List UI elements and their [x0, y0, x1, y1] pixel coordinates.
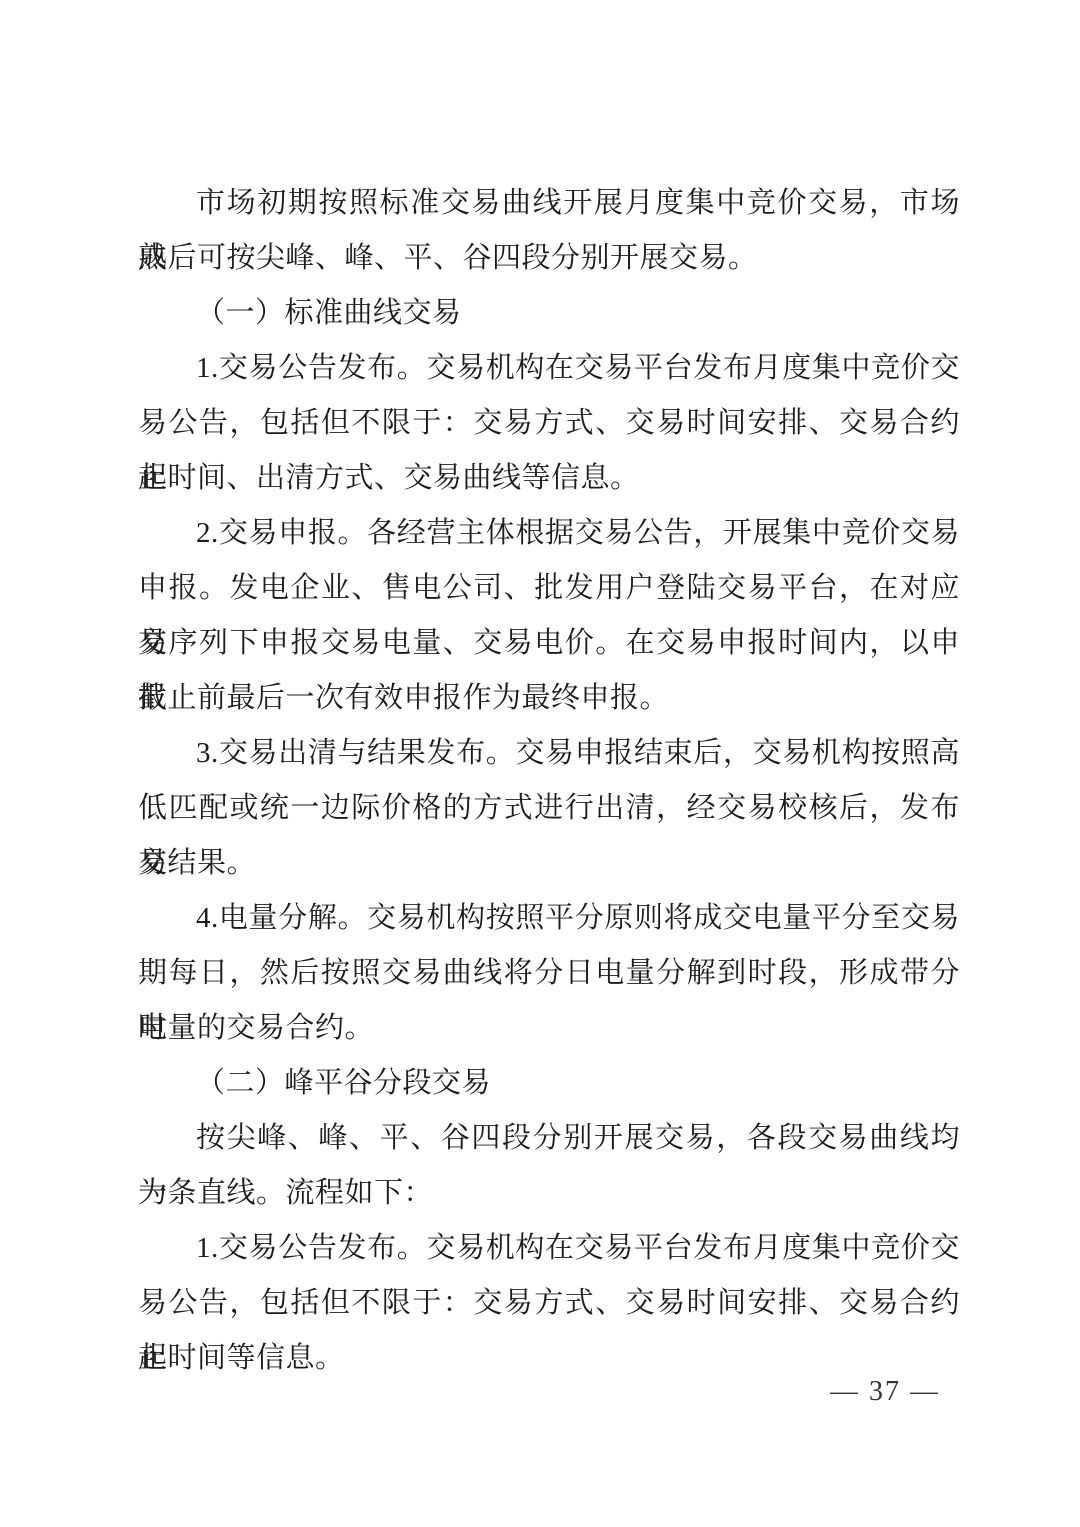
text-line: 2.交易申报。各经营主体根据交易公告，开展集中竞价交易: [138, 506, 960, 561]
text-line: 一条直线。流程如下：: [138, 1166, 960, 1221]
text-line: 市场初期按照标准交易曲线开展月度集中竞价交易，市场成: [138, 176, 960, 231]
document-body: 市场初期按照标准交易曲线开展月度集中竞价交易，市场成熟后可按尖峰、峰、平、谷四段…: [138, 176, 960, 1386]
text-line: 1.交易公告发布。交易机构在交易平台发布月度集中竞价交: [138, 1221, 960, 1276]
text-line: 期每日，然后按照交易曲线将分日电量分解到时段，形成带分时: [138, 946, 960, 1001]
text-line: 3.交易出清与结果发布。交易申报结束后，交易机构按照高: [138, 726, 960, 781]
text-line: 止时间、出清方式、交易曲线等信息。: [138, 451, 960, 506]
document-page: 市场初期按照标准交易曲线开展月度集中竞价交易，市场成熟后可按尖峰、峰、平、谷四段…: [0, 0, 1080, 1527]
text-line: 低匹配或统一边际价格的方式进行出清，经交易校核后，发布交: [138, 781, 960, 836]
text-line: （一）标准曲线交易: [138, 286, 960, 341]
page-number: — 37 —: [830, 1372, 940, 1412]
text-line: 4.电量分解。交易机构按照平分原则将成交电量平分至交易: [138, 891, 960, 946]
text-line: （二）峰平谷分段交易: [138, 1056, 960, 1111]
text-line: 电量的交易合约。: [138, 1001, 960, 1056]
text-line: 易序列下申报交易电量、交易电价。在交易申报时间内，以申报: [138, 616, 960, 671]
text-line: 按尖峰、峰、平、谷四段分别开展交易，各段交易曲线均为: [138, 1111, 960, 1166]
text-line: 易结果。: [138, 836, 960, 891]
text-line: 熟后可按尖峰、峰、平、谷四段分别开展交易。: [138, 231, 960, 286]
text-line: 截止前最后一次有效申报作为最终申报。: [138, 671, 960, 726]
text-line: 易公告，包括但不限于：交易方式、交易时间安排、交易合约起: [138, 1276, 960, 1331]
text-line: 申报。发电企业、售电公司、批发用户登陆交易平台，在对应交: [138, 561, 960, 616]
text-line: 易公告，包括但不限于：交易方式、交易时间安排、交易合约起: [138, 396, 960, 451]
text-line: 1.交易公告发布。交易机构在交易平台发布月度集中竞价交: [138, 341, 960, 396]
